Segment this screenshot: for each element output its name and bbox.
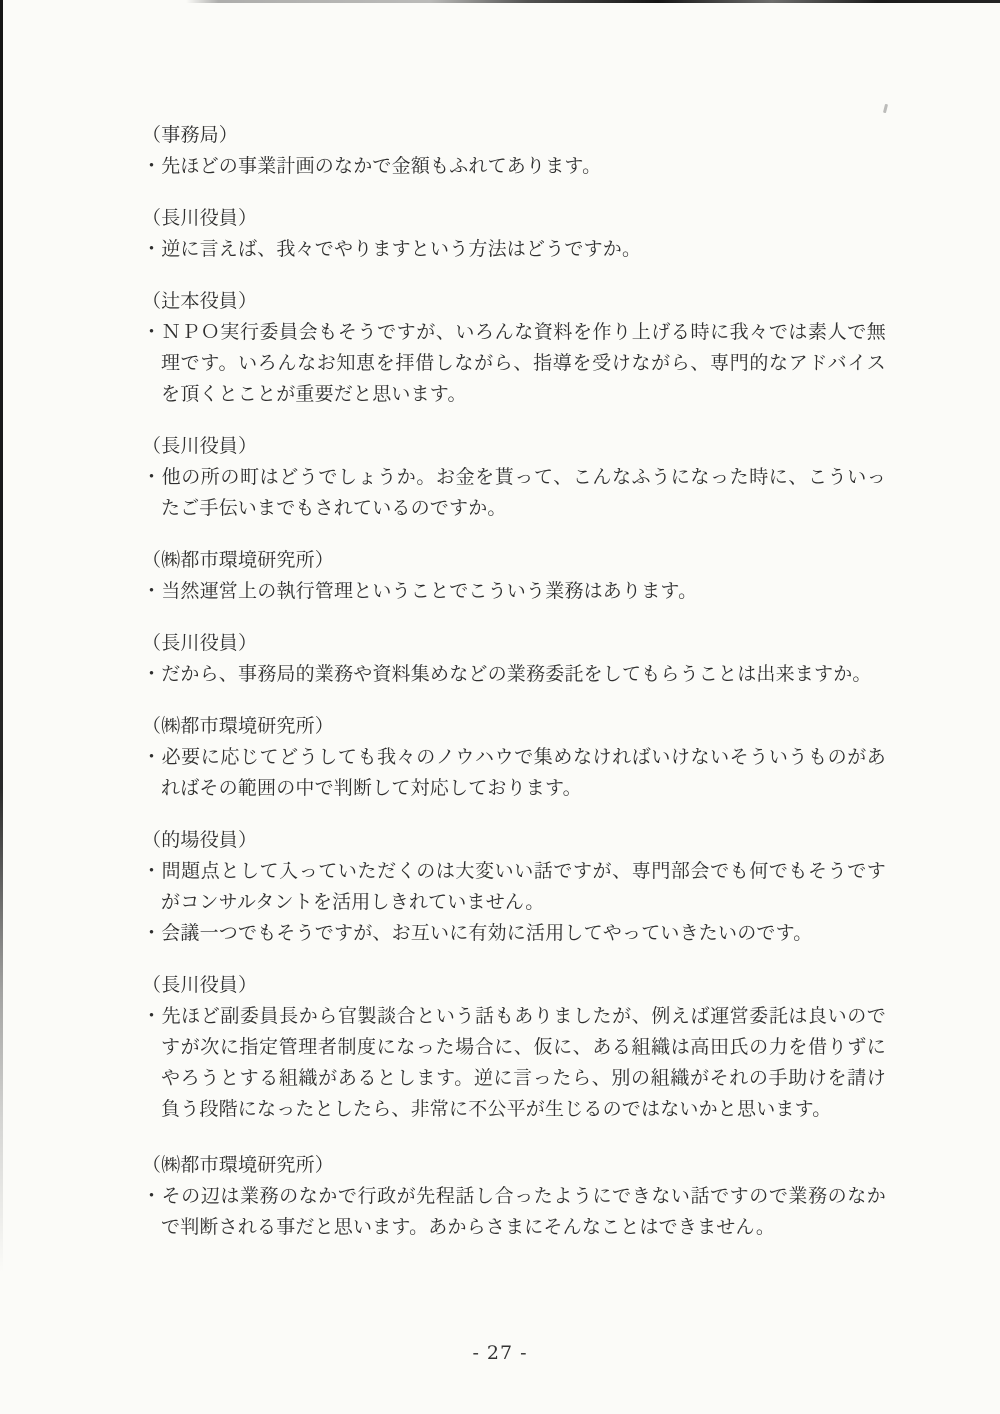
speech-text: ・先ほど副委員長から官製談合という話もありましたが、例えば運営委託は良いのですが…: [142, 1001, 886, 1125]
speech-text: ・その辺は業務のなかで行政が先程話し合ったようにできない話ですので業務のなかで判…: [142, 1181, 886, 1243]
speech-block: （㈱都市環境研究所） ・その辺は業務のなかで行政が先程話し合ったようにできない話…: [142, 1150, 886, 1243]
speaker-label: （長川役員）: [142, 431, 886, 462]
speech-text: ・会議一つでもそうですが、お互いに有効に活用してやっていきたいのです。: [142, 918, 886, 949]
speaker-label: （辻本役員）: [142, 286, 886, 317]
speech-text: ・必要に応じてどうしても我々のノウハウで集めなければいけないそういうものがあれば…: [142, 742, 886, 804]
speaker-label: （長川役員）: [142, 970, 886, 1001]
speaker-label: （的場役員）: [142, 825, 886, 856]
speech-text: ・先ほどの事業計画のなかで金額もふれてあります。: [142, 151, 886, 182]
speech-text: ・当然運営上の執行管理ということでこういう業務はあります。: [142, 576, 886, 607]
speaker-label: （長川役員）: [142, 628, 886, 659]
document-page: （事務局） ・先ほどの事業計画のなかで金額もふれてあります。 （長川役員） ・逆…: [0, 0, 1000, 1414]
scan-artifact-speck: [883, 104, 888, 113]
speech-text: ・だから、事務局的業務や資料集めなどの業務委託をしてもらうことは出来ますか。: [142, 659, 886, 690]
page-number: - 27 -: [0, 1342, 1000, 1364]
speaker-label: （㈱都市環境研究所）: [142, 711, 886, 742]
speech-block: （長川役員） ・だから、事務局的業務や資料集めなどの業務委託をしてもらうことは出…: [142, 628, 886, 690]
speech-block: （長川役員） ・逆に言えば、我々でやりますという方法はどうですか。: [142, 203, 886, 265]
speech-block: （長川役員） ・先ほど副委員長から官製談合という話もありましたが、例えば運営委託…: [142, 970, 886, 1125]
speech-text: ・問題点として入っていただくのは大変いい話ですが、専門部会でも何でもそうですがコ…: [142, 856, 886, 918]
speech-text: ・ＮＰＯ実行委員会もそうですが、いろんな資料を作り上げる時に我々では素人で無理で…: [142, 317, 886, 410]
scan-artifact-top-edge: [186, 0, 1000, 3]
speaker-label: （㈱都市環境研究所）: [142, 545, 886, 576]
minutes-content: （事務局） ・先ほどの事業計画のなかで金額もふれてあります。 （長川役員） ・逆…: [142, 120, 886, 1264]
speech-block: （事務局） ・先ほどの事業計画のなかで金額もふれてあります。: [142, 120, 886, 182]
speech-block: （㈱都市環境研究所） ・必要に応じてどうしても我々のノウハウで集めなければいけな…: [142, 711, 886, 804]
speech-block: （辻本役員） ・ＮＰＯ実行委員会もそうですが、いろんな資料を作り上げる時に我々で…: [142, 286, 886, 410]
speech-block: （的場役員） ・問題点として入っていただくのは大変いい話ですが、専門部会でも何で…: [142, 825, 886, 949]
speaker-label: （事務局）: [142, 120, 886, 151]
speaker-label: （長川役員）: [142, 203, 886, 234]
speaker-label: （㈱都市環境研究所）: [142, 1150, 886, 1181]
speech-text: ・他の所の町はどうでしょうか。お金を貰って、こんなふうになった時に、こういったご…: [142, 462, 886, 524]
speech-block: （㈱都市環境研究所） ・当然運営上の執行管理ということでこういう業務はあります。: [142, 545, 886, 607]
speech-block: （長川役員） ・他の所の町はどうでしょうか。お金を貰って、こんなふうになった時に…: [142, 431, 886, 524]
speech-text: ・逆に言えば、我々でやりますという方法はどうですか。: [142, 234, 886, 265]
scan-artifact-left-edge: [0, 0, 3, 1272]
